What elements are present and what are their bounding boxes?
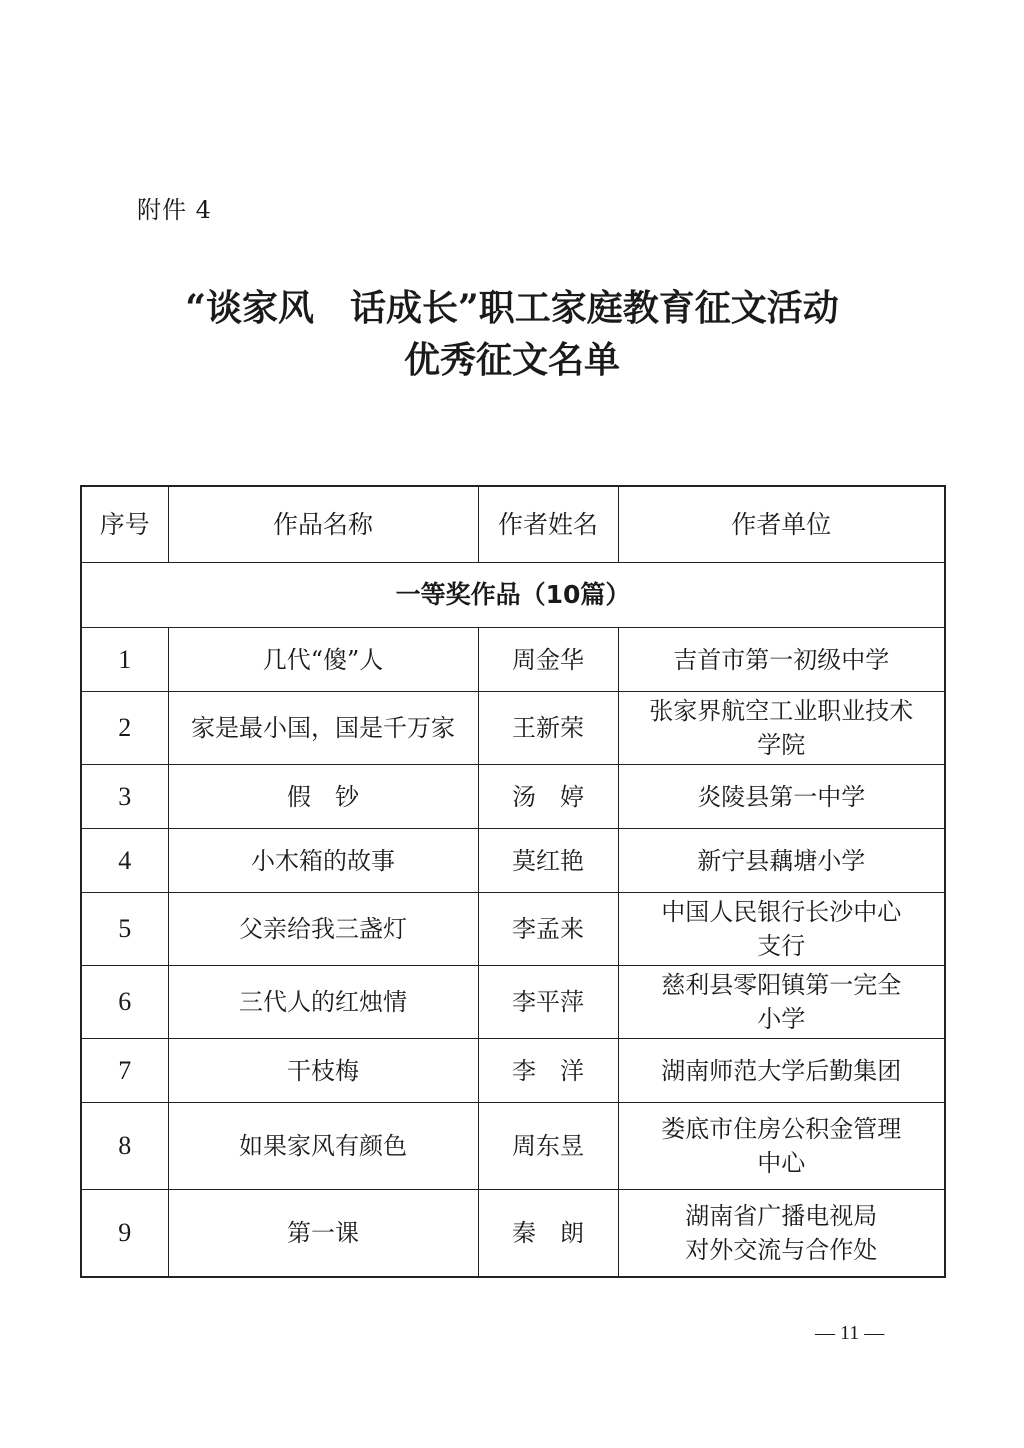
header-number: 序号 (81, 486, 168, 563)
table-row: 8 如果家风有颜色 周东昱 娄底市住房公积金管理中心 (81, 1103, 945, 1190)
work-title: 第一课 (168, 1190, 478, 1278)
table-header-row: 序号 作品名称 作者姓名 作者单位 (81, 486, 945, 563)
row-number: 7 (81, 1039, 168, 1103)
row-number: 4 (81, 829, 168, 893)
header-author-name: 作者姓名 (478, 486, 618, 563)
table-row: 3 假 钞 汤 婷 炎陵县第一中学 (81, 765, 945, 829)
work-title: 干枝梅 (168, 1039, 478, 1103)
author-name: 李平萍 (478, 966, 618, 1039)
author-unit: 炎陵县第一中学 (618, 765, 945, 829)
section-label: 一等奖作品（10篇） (81, 563, 945, 628)
section-row-first-prize: 一等奖作品（10篇） (81, 563, 945, 628)
row-number: 5 (81, 893, 168, 966)
title-line-1: “谈家风 话成长”职工家庭教育征文活动 (0, 282, 1024, 334)
author-unit: 新宁县藕塘小学 (618, 829, 945, 893)
header-work-title: 作品名称 (168, 486, 478, 563)
author-unit: 吉首市第一初级中学 (618, 628, 945, 692)
author-name: 李 洋 (478, 1039, 618, 1103)
header-author-unit: 作者单位 (618, 486, 945, 563)
row-number: 9 (81, 1190, 168, 1278)
row-number: 1 (81, 628, 168, 692)
table-row: 7 干枝梅 李 洋 湖南师范大学后勤集团 (81, 1039, 945, 1103)
table-row: 2 家是最小国，国是千万家 王新荣 张家界航空工业职业技术学院 (81, 692, 945, 765)
author-name: 莫红艳 (478, 829, 618, 893)
work-title: 三代人的红烛情 (168, 966, 478, 1039)
title-line-2: 优秀征文名单 (0, 334, 1024, 386)
attachment-label: 附件 4 (137, 190, 212, 225)
author-name: 汤 婷 (478, 765, 618, 829)
work-title: 父亲给我三盏灯 (168, 893, 478, 966)
author-name: 李孟来 (478, 893, 618, 966)
document-title: “谈家风 话成长”职工家庭教育征文活动 优秀征文名单 (0, 282, 1024, 386)
table-row: 5 父亲给我三盏灯 李孟来 中国人民银行长沙中心支行 (81, 893, 945, 966)
work-title: 如果家风有颜色 (168, 1103, 478, 1190)
row-number: 8 (81, 1103, 168, 1190)
author-name: 周东昱 (478, 1103, 618, 1190)
author-unit: 湖南省广播电视局对外交流与合作处 (618, 1190, 945, 1278)
author-name: 周金华 (478, 628, 618, 692)
author-name: 王新荣 (478, 692, 618, 765)
author-unit: 湖南师范大学后勤集团 (618, 1039, 945, 1103)
page-number: — 11 — (815, 1322, 884, 1345)
author-unit: 中国人民银行长沙中心支行 (618, 893, 945, 966)
row-number: 3 (81, 765, 168, 829)
row-number: 6 (81, 966, 168, 1039)
work-title: 几代“傻”人 (168, 628, 478, 692)
work-title: 小木箱的故事 (168, 829, 478, 893)
author-unit: 娄底市住房公积金管理中心 (618, 1103, 945, 1190)
author-unit: 慈利县零阳镇第一完全小学 (618, 966, 945, 1039)
table-row: 4 小木箱的故事 莫红艳 新宁县藕塘小学 (81, 829, 945, 893)
author-name: 秦 朗 (478, 1190, 618, 1278)
row-number: 2 (81, 692, 168, 765)
award-list-table: 序号 作品名称 作者姓名 作者单位 一等奖作品（10篇） 1 几代“傻”人 周金… (80, 485, 946, 1278)
table-row: 9 第一课 秦 朗 湖南省广播电视局对外交流与合作处 (81, 1190, 945, 1278)
table-row: 6 三代人的红烛情 李平萍 慈利县零阳镇第一完全小学 (81, 966, 945, 1039)
work-title: 假 钞 (168, 765, 478, 829)
author-unit: 张家界航空工业职业技术学院 (618, 692, 945, 765)
work-title: 家是最小国，国是千万家 (168, 692, 478, 765)
table-row: 1 几代“傻”人 周金华 吉首市第一初级中学 (81, 628, 945, 692)
